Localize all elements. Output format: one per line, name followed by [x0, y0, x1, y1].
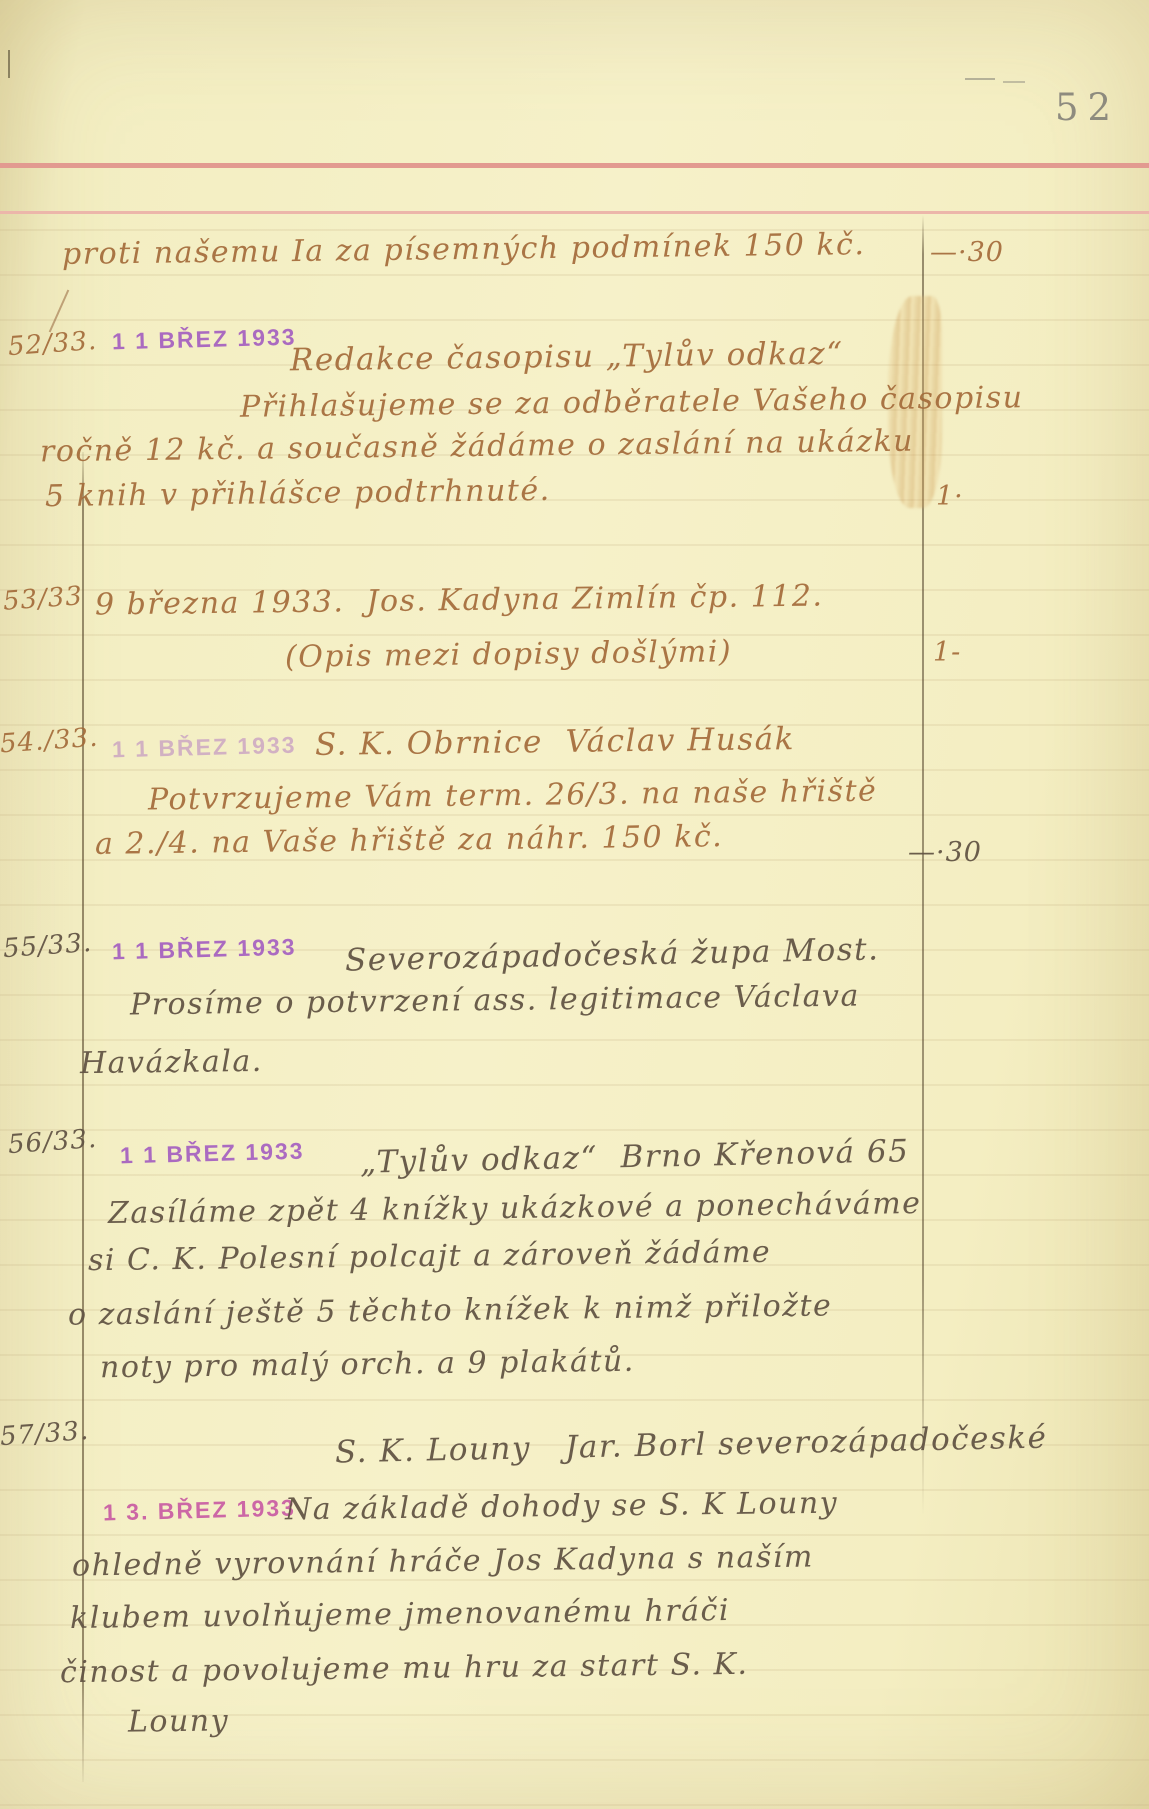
- entry-line: a 2./4. na Vaše hřiště za náhr. 150 kč.: [95, 820, 724, 861]
- page-number: 52: [1055, 86, 1120, 129]
- entry-line: S. K. Louny Jar. Borl severozápadočeské: [335, 1421, 1048, 1470]
- entry-line: Louny: [128, 1704, 229, 1738]
- pen-mark: [49, 290, 70, 333]
- scan-mark: [1003, 81, 1025, 83]
- entry-line: činost a povolujeme mu hru za start S. K…: [60, 1648, 749, 1689]
- pink-header-rule-bottom: [0, 211, 1149, 214]
- entry-line: Na základě dohody se S. K Louny: [285, 1487, 838, 1527]
- ledger-page: 52 proti našemu Ia za písemných podmínek…: [0, 0, 1149, 1809]
- carryover-line: proti našemu Ia za písemných podmínek 15…: [62, 228, 866, 271]
- entry-line: (Opis mezi dopisy došlými): [285, 635, 732, 673]
- margin-amount: 1-: [933, 638, 961, 668]
- entry-number: 52/33.: [7, 327, 98, 362]
- entry-line: S. K. Obrnice Václav Husák: [315, 722, 795, 762]
- date-stamp: 1 1 BŘEZ 1933: [120, 1138, 305, 1170]
- entry-line: Prosíme o potvrzení ass. legitimace Václ…: [130, 980, 860, 1022]
- entry-line: noty pro malý orch. a 9 plakátů.: [100, 1345, 635, 1385]
- margin-amount: —·30: [930, 238, 1004, 268]
- scan-mark: [965, 78, 995, 80]
- entry-line: ohledně vyrovnání hráče Jos Kadyna s naš…: [72, 1540, 814, 1582]
- pink-header-rule-top: [0, 163, 1149, 168]
- entry-line: Potvrzujeme Vám term. 26/3. na naše hřiš…: [148, 775, 878, 817]
- date-stamp: 1 1 BŘEZ 1933: [112, 934, 297, 966]
- date-stamp: 1 1 BŘEZ 1933: [112, 324, 297, 356]
- entry-line: Redakce časopisu „Tylův odkaz“: [290, 337, 844, 378]
- entry-number: 56/33.: [7, 1125, 98, 1160]
- entry-line: klubem uvolňujeme jmenovanému hráči: [70, 1594, 730, 1635]
- entry-number: 54./33.: [0, 724, 99, 759]
- margin-amount: 1·: [936, 482, 964, 512]
- entry-line: Přihlašujeme se za odběratele Vašeho čas…: [240, 381, 1024, 424]
- date-stamp: 1 1 BŘEZ 1933: [112, 732, 297, 764]
- entry-line: „Tylův odkaz“ Brno Křenová 65: [360, 1134, 910, 1180]
- entry-line: si C. K. Polesní polcajt a zároveň žádám…: [88, 1236, 772, 1277]
- entry-line: 9 března 1933. Jos. Kadyna Zimlín čp. 11…: [95, 580, 824, 622]
- entry-line: o zaslání ještě 5 těchto knížek k nimž p…: [68, 1289, 833, 1331]
- entry-line: Havázkala.: [80, 1045, 263, 1080]
- entry-number: 55/33.: [2, 929, 93, 964]
- date-stamp: 1 3. BŘEZ 1933: [103, 1494, 297, 1526]
- scan-mark: [8, 50, 10, 78]
- margin-amount: —·30: [908, 838, 982, 868]
- entry-line: 5 knih v přihlášce podtrhnuté.: [45, 474, 551, 513]
- entry-number: 57/33.: [0, 1417, 90, 1452]
- entry-line: ročně 12 kč. a současně žádáme o zaslání…: [40, 425, 914, 469]
- entry-line: Severozápadočeská župa Most.: [345, 932, 880, 977]
- entry-line: Zasíláme zpět 4 knížky ukázkové a ponech…: [108, 1187, 922, 1230]
- entry-number: 53/33: [2, 582, 84, 616]
